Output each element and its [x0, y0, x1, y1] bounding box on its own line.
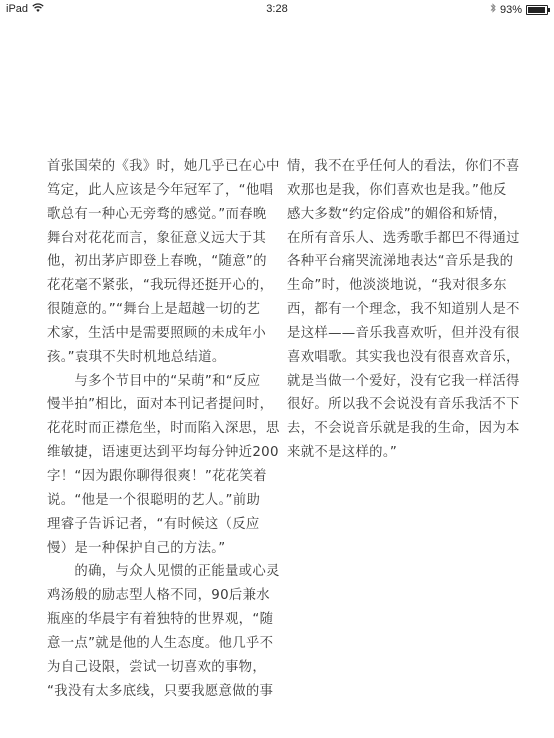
text-line: 术家，生活中是需要照顾的未成年小	[47, 322, 279, 346]
text-line: 笃定，此人应该是今年冠军了，“他唱	[47, 179, 279, 203]
battery-percent: 93%	[500, 4, 522, 16]
text-line: 花花毫不紧张，“我玩得还挺开心的，	[47, 274, 279, 298]
text-line: 花花时而正襟危坐，时而陷入深思，思	[47, 417, 279, 441]
text-line: 很随意的。”“舞台上是超越一切的艺	[47, 298, 279, 322]
text-line: 字！“因为跟你聊得很爽！”花花笑着	[47, 465, 279, 489]
text-line: “我没有太多底线，只要我愿意做的事	[47, 680, 279, 704]
article-right-column: 情，我不在乎任何人的看法，你们不喜 欢那也是我，你们喜欢也是我。”他反 感大多数…	[287, 155, 519, 465]
text-line: 首张国荣的《我》时，她几乎已在心中	[47, 155, 279, 179]
text-line: 的确，与众人见惯的正能量或心灵	[47, 560, 279, 584]
text-line: 理睿子告诉记者，“有时候这（反应	[47, 513, 279, 537]
text-line: 舞台对花花而言，象征意义远大于其	[47, 227, 279, 251]
text-line: 就是当做一个爱好，没有它我一样活得	[287, 370, 519, 394]
battery-icon	[526, 5, 548, 15]
text-line: 意一点”就是他的人生态度。他几乎不	[47, 632, 279, 656]
text-line: 孩。”袁琪不失时机地总结道。	[47, 346, 279, 370]
text-line: 在所有音乐人、选秀歌手都巴不得通过	[287, 227, 519, 251]
text-line: 慢半拍”相比，面对本刊记者提问时，	[47, 393, 279, 417]
text-line: 他，初出茅庐即登上春晚，“随意”的	[47, 250, 279, 274]
text-line: 维敏捷，语速更达到平均每分钟近200	[47, 441, 279, 465]
text-line: 欢那也是我，你们喜欢也是我。”他反	[287, 179, 519, 203]
text-line: 感大多数“约定俗成”的媚俗和矫情，	[287, 203, 519, 227]
article-left-column: 首张国荣的《我》时，她几乎已在心中 笃定，此人应该是今年冠军了，“他唱 歌总有一…	[47, 155, 279, 703]
bluetooth-icon	[490, 3, 496, 16]
clock: 3:28	[0, 3, 554, 15]
status-bar: iPad 3:28 93%	[0, 0, 554, 20]
text-line: 瓶座的华晨宇有着独特的世界观，“随	[47, 608, 279, 632]
text-line: 为自己设限，尝试一切喜欢的事物，	[47, 656, 279, 680]
text-line: 与多个节目中的“呆萌”和“反应	[47, 370, 279, 394]
text-line: 西，都有一个理念，我不知道别人是不	[287, 298, 519, 322]
text-line: 鸡汤般的励志型人格不同，90后兼水	[47, 584, 279, 608]
text-line: 情，我不在乎任何人的看法，你们不喜	[287, 155, 519, 179]
text-line: 生命”时，他淡淡地说，“我对很多东	[287, 274, 519, 298]
text-line: 各种平台痛哭流涕地表达“音乐是我的	[287, 250, 519, 274]
text-line: 很好。所以我不会说没有音乐我活不下	[287, 393, 519, 417]
text-line: 喜欢唱歌。其实我也没有很喜欢音乐，	[287, 346, 519, 370]
text-line: 慢）是一种保护自己的方法。”	[47, 537, 279, 561]
text-line: 歌总有一种心无旁骛的感觉。”而春晚	[47, 203, 279, 227]
text-line: 说。“他是一个很聪明的艺人。”前助	[47, 489, 279, 513]
text-line: 是这样——音乐我喜欢听，但并没有很	[287, 322, 519, 346]
text-line: 去，不会说音乐就是我的生命，因为本	[287, 417, 519, 441]
status-right: 93%	[490, 3, 548, 16]
text-line: 来就不是这样的。”	[287, 441, 519, 465]
